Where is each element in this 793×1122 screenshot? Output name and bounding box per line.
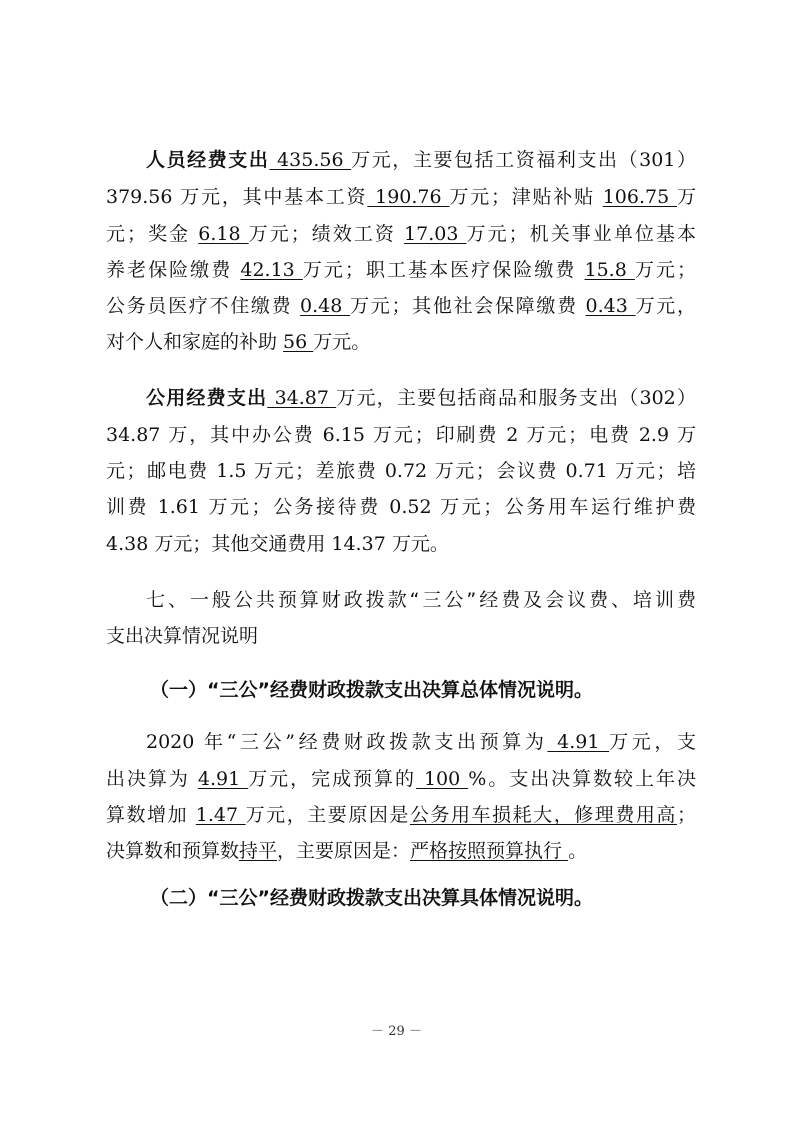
text-segment: 万元，支: [609, 731, 696, 753]
personnel-line-1: 人员经费支出 435.56 万元，主要包括工资福利支出（301）: [146, 147, 696, 173]
completion-percent: 100: [416, 768, 468, 790]
text-segment: 万元；: [635, 259, 696, 281]
personnel-text: 万元，主要包括工资福利支出（301）: [351, 149, 696, 171]
personnel-title: 人员经费支出: [146, 149, 269, 171]
personnel-line-4: 养老保险缴费 42.13 万元；职工基本医疗保险缴费 15.8 万元；: [106, 257, 696, 283]
personnel-line-3: 元；奖金 6.18 万元；绩效工资 17.03 万元；机关事业单位基本: [106, 221, 696, 247]
text-segment: 2020 年“三公”经费财政拨款支出预算为: [146, 731, 547, 753]
text-segment: 公务员医疗不住缴费: [106, 295, 300, 317]
text-segment: 养老保险缴费: [106, 259, 240, 281]
public-line-5: 4.38 万元；其他交通费用 14.37 万元。: [106, 531, 696, 557]
public-line-4: 训费 1.61 万元；公务接待费 0.52 万元；公务用车运行维护费: [106, 494, 696, 520]
basic-salary-value: 190.76: [367, 186, 449, 208]
final-accounts-value: 4.91: [198, 768, 248, 790]
personnel-line-5: 公务员医疗不住缴费 0.48 万元；其他社会保障缴费 0.43 万元，: [106, 293, 696, 319]
medical-insurance-value: 15.8: [585, 259, 635, 281]
performance-pay-value: 17.03: [404, 223, 466, 245]
public-line-1: 公用经费支出 34.87 万元，主要包括商品和服务支出（302）: [146, 385, 696, 411]
text-segment: ，主要原因是：: [277, 840, 410, 862]
text-segment: 万元；其他社会保障缴费: [350, 295, 585, 317]
summary-line-1: 2020 年“三公”经费财政拨款支出预算为 4.91 万元，支: [146, 729, 696, 755]
document-page: 人员经费支出 435.56 万元，主要包括工资福利支出（301） 379.56 …: [0, 0, 793, 1122]
bonus-value: 6.18: [198, 223, 248, 245]
text-segment: ；: [677, 804, 696, 826]
text-segment: 万元；职工基本医疗保险缴费: [303, 259, 585, 281]
other-social-security-value: 0.43: [586, 295, 636, 317]
comparison-reason: 严格按照预算执行: [410, 840, 568, 862]
public-line-2: 34.87 万，其中办公费 6.15 万元；印刷费 2 万元；电费 2.9 万: [106, 422, 696, 448]
text-segment: %。支出决算数较上年决: [468, 768, 696, 790]
summary-line-3: 算数增加 1.47 万元，主要原因是公务用车损耗大，修理费用高；: [106, 802, 696, 828]
section-seven-heading-line-2: 支出决算情况说明: [106, 623, 696, 649]
public-title: 公用经费支出: [146, 387, 267, 409]
text-segment: 决算数和预算数: [106, 840, 239, 862]
pension-insurance-value: 42.13: [240, 259, 302, 281]
allowance-value: 106.75: [603, 186, 677, 208]
personnel-total: 435.56: [269, 149, 351, 171]
text-segment: 万元；机关事业单位基本: [467, 223, 696, 245]
family-subsidy-value: 56: [283, 331, 313, 353]
budget-value: 4.91: [547, 731, 609, 753]
comparison-status: 持平: [239, 840, 277, 862]
text-segment: 万元，完成预算的: [248, 768, 416, 790]
public-total: 34.87: [267, 387, 336, 409]
increase-value: 1.47: [196, 804, 246, 826]
increase-reason: 公务用车损耗大，修理费用高: [410, 804, 677, 826]
text-segment: 万元；津贴补贴: [449, 186, 602, 208]
text-segment: 万元，主要原因是: [246, 804, 410, 826]
text-segment: 万元。: [313, 331, 370, 353]
text-segment: 379.56 万元，其中基本工资: [106, 186, 367, 208]
text-segment: 元；奖金: [106, 223, 198, 245]
text-segment: 。: [568, 840, 587, 862]
section-seven-heading-line-1: 七、一般公共预算财政拨款“三公”经费及会议费、培训费: [146, 587, 696, 613]
personnel-line-2: 379.56 万元，其中基本工资 190.76 万元；津贴补贴 106.75 万: [106, 184, 696, 210]
public-text: 万元，主要包括商品和服务支出（302）: [336, 387, 696, 409]
text-segment: 对个人和家庭的补助: [106, 331, 283, 353]
text-segment: 算数增加: [106, 804, 196, 826]
text-segment: 万元；绩效工资: [249, 223, 404, 245]
subsection-one-heading: （一）“三公”经费财政拨款支出决算总体情况说明。: [150, 677, 690, 703]
personnel-line-6: 对个人和家庭的补助 56 万元。: [106, 329, 696, 355]
subsection-two-heading: （二）“三公”经费财政拨款支出决算具体情况说明。: [150, 885, 690, 911]
text-segment: 万元，: [636, 295, 696, 317]
text-segment: 万: [677, 186, 696, 208]
public-line-3: 元；邮电费 1.5 万元；差旅费 0.72 万元；会议费 0.71 万元；培: [106, 458, 696, 484]
summary-line-4: 决算数和预算数持平，主要原因是：严格按照预算执行 。: [106, 838, 696, 864]
civil-servant-medical-value: 0.48: [300, 295, 350, 317]
text-segment: 出决算为: [106, 768, 198, 790]
page-number-footer: － 29 －: [0, 1020, 793, 1039]
summary-line-2: 出决算为 4.91 万元，完成预算的 100 %。支出决算数较上年决: [106, 766, 696, 792]
